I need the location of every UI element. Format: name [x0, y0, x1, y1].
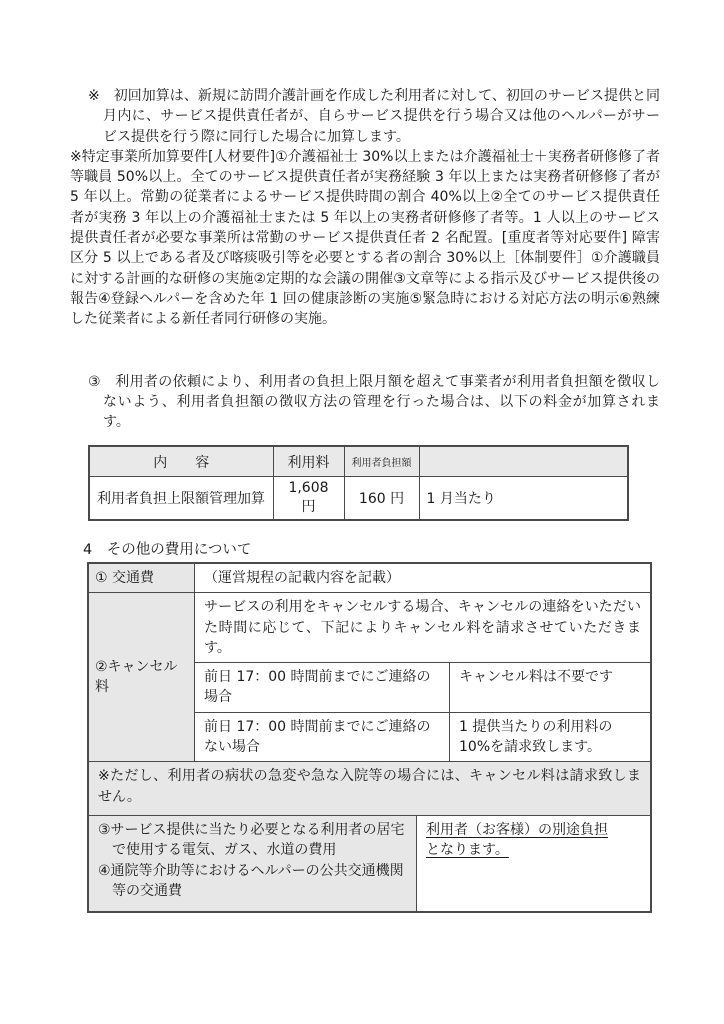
cancel-case-condition-cell: 前日 17：00 時間前までにご連絡の場合	[195, 663, 450, 712]
other-costs-section-title: 4 その他の費用について	[83, 538, 660, 559]
utilities-transport-items-cell: ③サービス提供に当たり必要となる利用者の居宅 で使用する電気、ガス、水道の費用 …	[89, 816, 417, 911]
note-first-time-addition: ※ 初回加算は、新規に訪問介護計画を作成した利用者に対して、初回のサービス提供と…	[88, 86, 660, 147]
user-burden-fee-table: 内 容 利用料 利用者負担額 利用者負担上限額管理加算 1,608 円 160 …	[88, 445, 629, 521]
utilities-transport-row: ③サービス提供に当たり必要となる利用者の居宅 で使用する電気、ガス、水道の費用 …	[89, 815, 650, 911]
cancel-fee-label-cell: ②キャンセル料	[89, 593, 195, 761]
cancel-fee-row: ②キャンセル料 サービスの利用をキャンセルする場合、キャンセルの連絡をいただいた…	[89, 592, 650, 761]
cancel-fee-intro-cell: サービスの利用をキャンセルする場合、キャンセルの連絡をいただいた時間に応じて、下…	[195, 593, 650, 662]
cancel-case-fee-cell: 1 提供当たりの利用料の 10%を請求致します。	[450, 713, 650, 762]
header-content: 内 容	[89, 446, 273, 476]
transport-fee-row: ① 交通費 （運営規程の記載内容を記載）	[89, 564, 650, 592]
other-costs-table: ① 交通費 （運営規程の記載内容を記載） ②キャンセル料 サービスの利用をキャン…	[87, 562, 652, 913]
cancel-case-condition-cell: 前日 17：00 時間前までにご連絡のない場合	[195, 713, 450, 762]
header-empty	[419, 446, 628, 476]
cell-user-burden: 160 円	[344, 476, 419, 520]
item3-paragraph: ③ 利用者の依頼により、利用者の負担上限月額を超えて事業者が利用者負担額を徴収し…	[88, 372, 660, 433]
separate-burden-cell: 利用者（お客様）の別途負担 となります。	[417, 816, 650, 911]
transport-fee-label-cell: ① 交通費	[89, 564, 195, 592]
header-user-burden: 利用者負担額	[344, 446, 419, 476]
cancel-note-cell: ※ただし、利用者の病状の急変や急な入院等の場合には、キャンセル料は請求致しません…	[89, 762, 650, 815]
cancel-case-row: 前日 17：00 時間前までにご連絡の場合 キャンセル料は不要です	[195, 662, 650, 712]
fee-table-header-row: 内 容 利用料 利用者負担額	[89, 446, 628, 476]
cell-usage-fee: 1,608 円	[273, 476, 344, 520]
transport-fee-content-cell: （運営規程の記載内容を記載）	[195, 564, 650, 592]
document-page: ※ 初回加算は、新規に訪問介護計画を作成した利用者に対して、初回のサービス提供と…	[0, 0, 724, 1024]
cancel-fee-detail-column: サービスの利用をキャンセルする場合、キャンセルの連絡をいただいた時間に応じて、下…	[195, 593, 650, 761]
note-designated-office-requirements: ※特定事業所加算要件[人材要件]①介護福祉士 30%以上または介護福祉士＋実務者…	[70, 147, 660, 330]
cancel-case-row: 前日 17：00 時間前までにご連絡のない場合 1 提供当たりの利用料の 10%…	[195, 712, 650, 762]
cancel-note-row: ※ただし、利用者の病状の急変や急な入院等の場合には、キャンセル料は請求致しません…	[89, 761, 650, 815]
cell-addition-name: 利用者負担上限額管理加算	[89, 476, 273, 520]
fee-table-data-row: 利用者負担上限額管理加算 1,608 円 160 円 1 月当たり	[89, 476, 628, 520]
cancel-case-fee-cell: キャンセル料は不要です	[450, 663, 650, 712]
header-usage-fee: 利用料	[273, 446, 344, 476]
cell-per-month: 1 月当たり	[419, 476, 628, 520]
